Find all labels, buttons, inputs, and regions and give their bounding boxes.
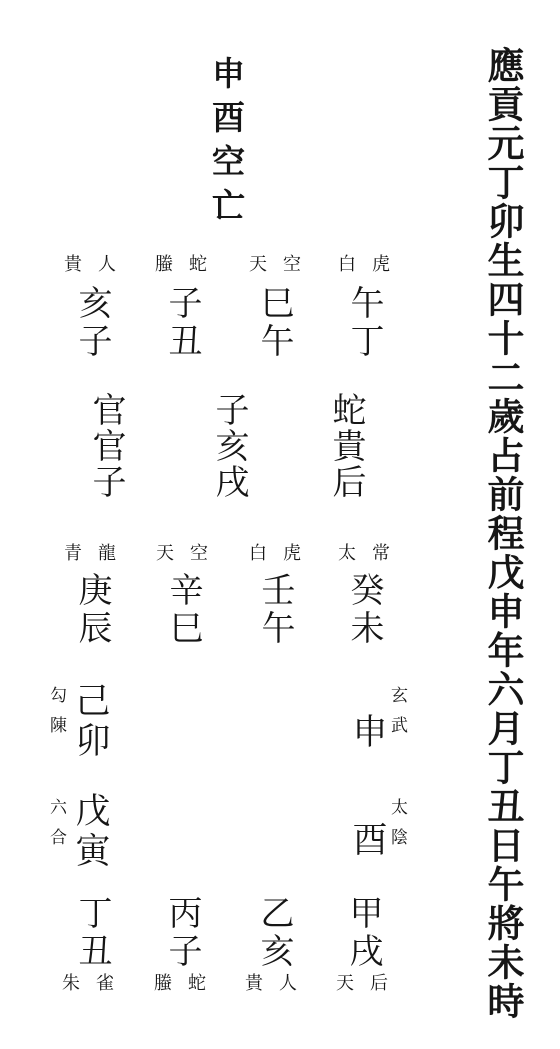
course-pair: 亥子 (74, 285, 108, 361)
plate-general-label: 朱雀 (62, 974, 130, 994)
course-pair: 庚辰 (74, 572, 108, 648)
plate-general-label: 貴人 (245, 974, 313, 994)
course-pair: 子丑 (164, 285, 198, 361)
plate-general-label: 螣蛇 (154, 974, 222, 994)
plate-branch: 酉 (350, 821, 385, 861)
plate-pair: 丙子 (164, 895, 198, 971)
plate-general-label: 六合 (48, 798, 65, 858)
plate-pair: 丁丑 (74, 895, 108, 971)
case-annotation-text: 應貢元丁卯生四十二歲占前程戊申年六月丁丑日午將未時 (483, 46, 520, 1021)
course-pair: 癸未 (346, 572, 380, 648)
plate-general-label: 玄武 (389, 686, 406, 746)
course-general-label: 太常 (338, 544, 406, 564)
scanned-divination-page: 應貢元丁卯生四十二歲占前程戊申年六月丁丑日午將未時 申酉空亡 貴人 亥子 螣蛇 … (0, 0, 560, 1049)
course-pair: 辛巳 (165, 572, 199, 648)
course-pair: 壬午 (257, 572, 291, 648)
plate-pair: 己卯 (73, 682, 108, 762)
course-general-label: 貴人 (64, 255, 132, 275)
course-general-label: 白虎 (249, 544, 317, 564)
transmission-relations-column: 官官子 (88, 392, 122, 500)
transmission-generals-column: 蛇貴后 (328, 392, 362, 500)
plate-pair: 乙亥 (256, 895, 290, 971)
plate-pair: 甲戌 (345, 895, 379, 971)
void-branches-note: 申酉空亡 (208, 56, 241, 232)
transmission-branches-column: 子亥戌 (211, 392, 245, 500)
course-general-label: 白虎 (338, 255, 406, 275)
course-pair: 午丁 (346, 285, 380, 361)
plate-general-label: 天后 (336, 974, 404, 994)
course-general-label: 螣蛇 (155, 255, 223, 275)
plate-branch: 申 (350, 713, 385, 753)
course-general-label: 青龍 (64, 544, 132, 564)
plate-pair: 戊寅 (73, 792, 108, 872)
plate-general-label: 太陰 (389, 798, 406, 858)
course-general-label: 天空 (156, 544, 224, 564)
plate-general-label: 勾陳 (48, 686, 65, 746)
course-pair: 巳午 (256, 285, 290, 361)
course-general-label: 天空 (249, 255, 317, 275)
